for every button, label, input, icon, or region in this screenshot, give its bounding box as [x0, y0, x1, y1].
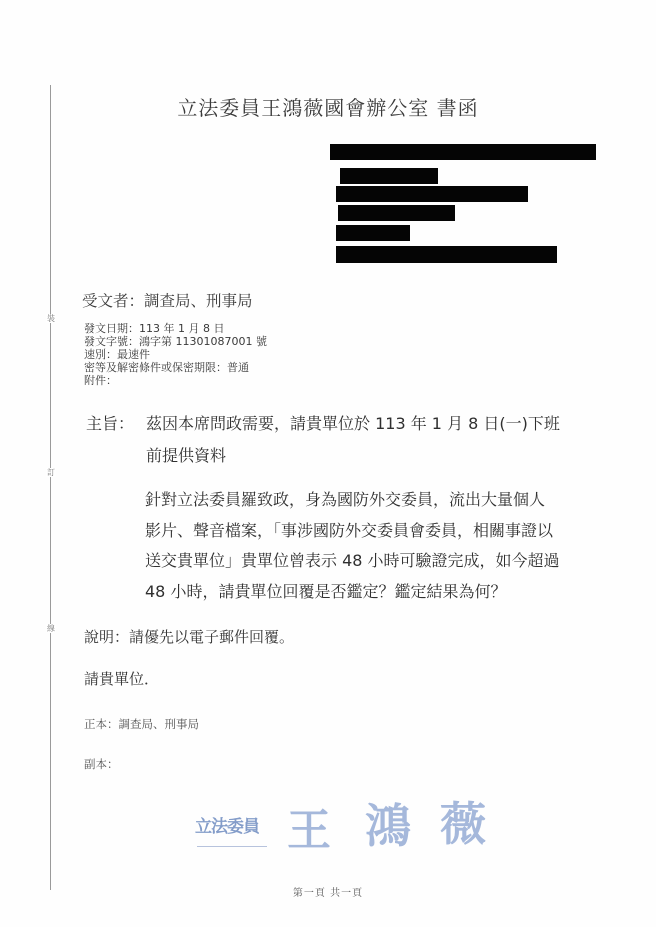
issue-date: 發文日期：113 年 1 月 8 日 — [84, 323, 224, 336]
body-line: 影片、聲音檔案，「事涉國防外交委員會委員，相關事證以 — [145, 516, 605, 547]
document-number: 發文字號：鴻字第 11301087001 號 — [84, 336, 267, 349]
body-line: 48 小時，請貴單位回覆是否鑑定？鑑定結果為何？ — [145, 577, 605, 608]
signature-stamp: 立法委員 王 鴻 薇 — [195, 790, 495, 852]
body-line: 送交貴單位」貴單位曾表示 48 小時可驗證完成，如今超過 — [145, 546, 605, 577]
closing: 請貴單位． — [84, 668, 159, 689]
signature-char-3: 薇 — [440, 788, 486, 854]
explanation: 說明：請優先以電子郵件回覆。 — [84, 626, 294, 647]
binding-mark-zhuang: 裝 — [46, 314, 56, 323]
subject-label: 主旨： — [86, 408, 146, 440]
redaction-bar — [340, 168, 438, 184]
confidentiality: 密等及解密條件或保密期限：普通 — [84, 362, 249, 375]
redaction-bar — [336, 225, 410, 241]
body-line: 針對立法委員羅致政，身為國防外交委員，流出大量個人 — [145, 485, 605, 516]
body-paragraph: 針對立法委員羅致政，身為國防外交委員，流出大量個人 影片、聲音檔案，「事涉國防外… — [145, 485, 605, 607]
original-recipients: 正本：調查局、刑事局 — [84, 716, 199, 732]
page-footer: 第一頁 共一頁 — [0, 884, 656, 899]
redaction-bar — [330, 144, 596, 160]
subject-line-2: 前提供資料 — [86, 440, 606, 472]
binding-mark-ding: 訂 — [46, 468, 56, 477]
speed-class: 速別：最速件 — [84, 349, 150, 362]
subject-section: 主旨：茲因本席問政需要，請貴單位於 113 年 1 月 8 日(一)下班 前提供… — [86, 408, 606, 472]
redaction-bar — [336, 186, 528, 202]
recipient: 受文者：調查局、刑事局 — [82, 289, 253, 311]
binding-line — [50, 85, 51, 890]
signature-underline — [197, 846, 267, 847]
copy-recipients: 副本： — [84, 756, 119, 772]
signature-title: 立法委員 — [195, 812, 259, 837]
redaction-bar — [338, 205, 455, 221]
signature-char-1: 王 — [287, 794, 331, 858]
subject-line-1: 茲因本席問政需要，請貴單位於 113 年 1 月 8 日(一)下班 — [146, 414, 560, 433]
redaction-bar — [336, 246, 557, 263]
document-title: 立法委員王鴻薇國會辦公室 書函 — [0, 92, 656, 121]
binding-mark-xian: 線 — [46, 624, 56, 633]
attachment: 附件： — [84, 375, 117, 388]
signature-char-2: 鴻 — [365, 790, 411, 856]
